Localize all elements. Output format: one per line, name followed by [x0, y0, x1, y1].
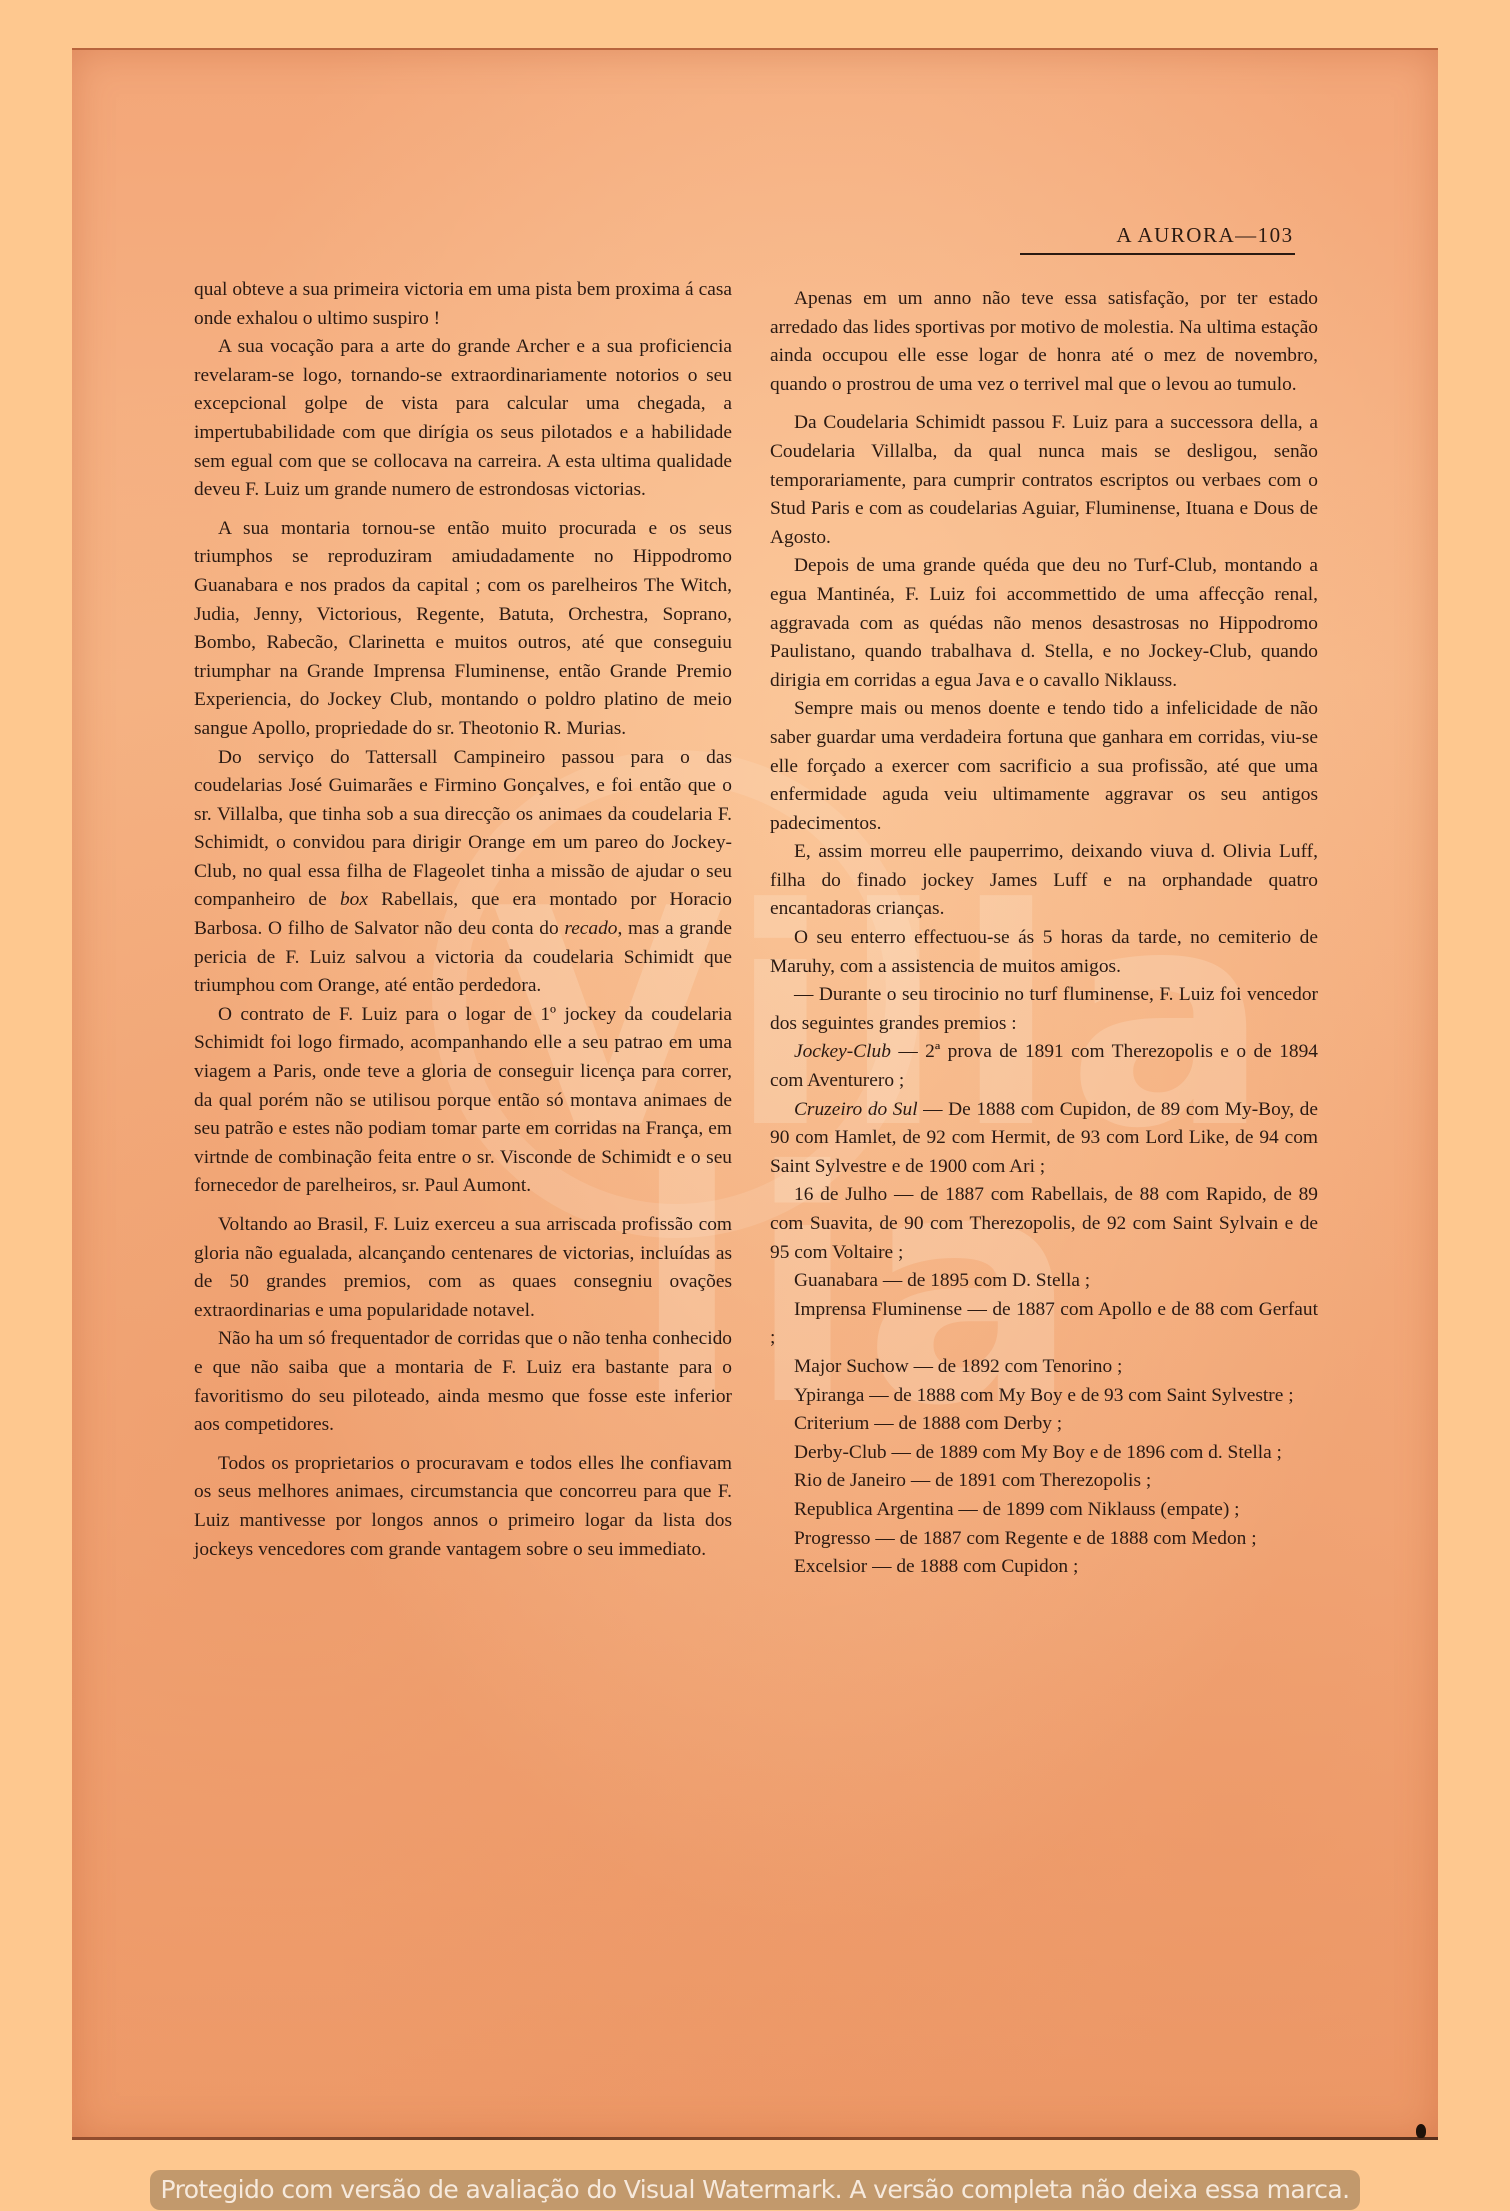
prize-name: Excelsior	[794, 1556, 867, 1577]
prize-name: Major Suchow	[794, 1356, 909, 1377]
prize-detail: — de 1888 com Derby ;	[869, 1413, 1062, 1434]
article-paragraph: A sua vocação para a arte do grande Arch…	[194, 333, 732, 505]
prize-detail: — de 1899 com Niklauss (empate) ;	[954, 1499, 1240, 1520]
article-paragraph: Apenas em um anno não teve essa satisfaç…	[770, 285, 1318, 399]
article-paragraph: Todos os proprietarios o procuravam e to…	[194, 1450, 732, 1564]
prize-entry: Progresso — de 1887 com Regente e de 188…	[770, 1525, 1318, 1554]
article-paragraph: — Durante o seu tirocinio no turf flumin…	[770, 981, 1318, 1038]
prize-name: Ypiranga	[794, 1385, 864, 1406]
prize-entry: Criterium — de 1888 com Derby ;	[770, 1410, 1318, 1439]
article-paragraph: Voltando ao Brasil, F. Luiz exerceu a su…	[194, 1211, 732, 1325]
prize-list: Jockey-Club — 2ª prova de 1891 com There…	[770, 1038, 1318, 1581]
prize-name: Derby-Club	[794, 1442, 887, 1463]
prize-entry: Imprensa Fluminense — de 1887 com Apollo…	[770, 1296, 1318, 1353]
prize-entry: 16 de Julho — de 1887 com Rabellais, de …	[770, 1181, 1318, 1267]
article-paragraph: Do serviço do Tattersall Campineiro pass…	[194, 744, 732, 1001]
prize-name: Criterium	[794, 1413, 869, 1434]
page-bottom-rule	[72, 2137, 1438, 2140]
prize-detail: — de 1892 com Tenorino ;	[909, 1356, 1123, 1377]
prize-detail: — de 1889 com My Boy e de 1896 com d. St…	[887, 1442, 1282, 1463]
scanned-page: Villa lia A AURORA—103 qual obteve a sua…	[72, 48, 1438, 2140]
running-head: A AURORA—103	[1065, 223, 1345, 248]
prize-name: Guanabara	[794, 1270, 878, 1291]
prize-entry: Guanabara — de 1895 com D. Stella ;	[770, 1267, 1318, 1296]
right-column-paragraphs: Apenas em um anno não teve essa satisfaç…	[770, 285, 1318, 1038]
prize-entry: Derby-Club — de 1889 com My Boy e de 189…	[770, 1439, 1318, 1468]
prize-entry: Cruzeiro do Sul — De 1888 com Cupidon, d…	[770, 1096, 1318, 1182]
article-paragraph: O seu enterro effectuou-se ás 5 horas da…	[770, 924, 1318, 981]
prize-entry: Rio de Janeiro — de 1891 com Therezopoli…	[770, 1467, 1318, 1496]
article-paragraph: qual obteve a sua primeira victoria em u…	[194, 276, 732, 333]
prize-detail: — de 1888 com Cupidon ;	[867, 1556, 1078, 1577]
ink-blot	[1416, 2124, 1426, 2138]
prize-name: Imprensa Fluminense	[794, 1299, 962, 1320]
running-head-rule	[1020, 253, 1295, 255]
article-paragraph: Sempre mais ou menos doente e tendo tido…	[770, 695, 1318, 838]
article-paragraph: O contrato de F. Luiz para o logar de 1º…	[194, 1001, 732, 1201]
article-paragraph: A sua montaria tornou-se então muito pro…	[194, 515, 732, 744]
article-paragraph: Da Coudelaria Schimidt passou F. Luiz pa…	[770, 409, 1318, 552]
evaluation-watermark-banner: Protegido com versão de avaliação do Vis…	[150, 2170, 1360, 2210]
prize-detail: — de 1888 com My Boy e de 93 com Saint S…	[864, 1385, 1293, 1406]
article-paragraph: E, assim morreu elle pauperrimo, deixand…	[770, 838, 1318, 924]
right-column: Apenas em um anno não teve essa satisfaç…	[770, 285, 1318, 1582]
prize-entry: Excelsior — de 1888 com Cupidon ;	[770, 1553, 1318, 1582]
prize-name: Progresso	[794, 1528, 870, 1549]
prize-name: Rio de Janeiro	[794, 1470, 906, 1491]
prize-entry: Republica Argentina — de 1899 com Niklau…	[770, 1496, 1318, 1525]
prize-name: Jockey-Club	[794, 1041, 891, 1062]
article-paragraph: Não ha um só frequentador de corridas qu…	[194, 1325, 732, 1439]
prize-entry: Ypiranga — de 1888 com My Boy e de 93 co…	[770, 1382, 1318, 1411]
left-column: qual obteve a sua primeira victoria em u…	[194, 276, 732, 1564]
prize-name: Republica Argentina	[794, 1499, 954, 1520]
prize-detail: — de 1895 com D. Stella ;	[878, 1270, 1090, 1291]
prize-detail: — de 1887 com Regente e de 1888 com Medo…	[870, 1528, 1256, 1549]
prize-entry: Jockey-Club — 2ª prova de 1891 com There…	[770, 1038, 1318, 1095]
prize-entry: Major Suchow — de 1892 com Tenorino ;	[770, 1353, 1318, 1382]
prize-detail: — de 1891 com Therezopolis ;	[906, 1470, 1151, 1491]
article-paragraph: Depois de uma grande quéda que deu no Tu…	[770, 552, 1318, 695]
prize-name: 16 de Julho	[794, 1184, 887, 1205]
prize-name: Cruzeiro do Sul	[794, 1099, 918, 1120]
